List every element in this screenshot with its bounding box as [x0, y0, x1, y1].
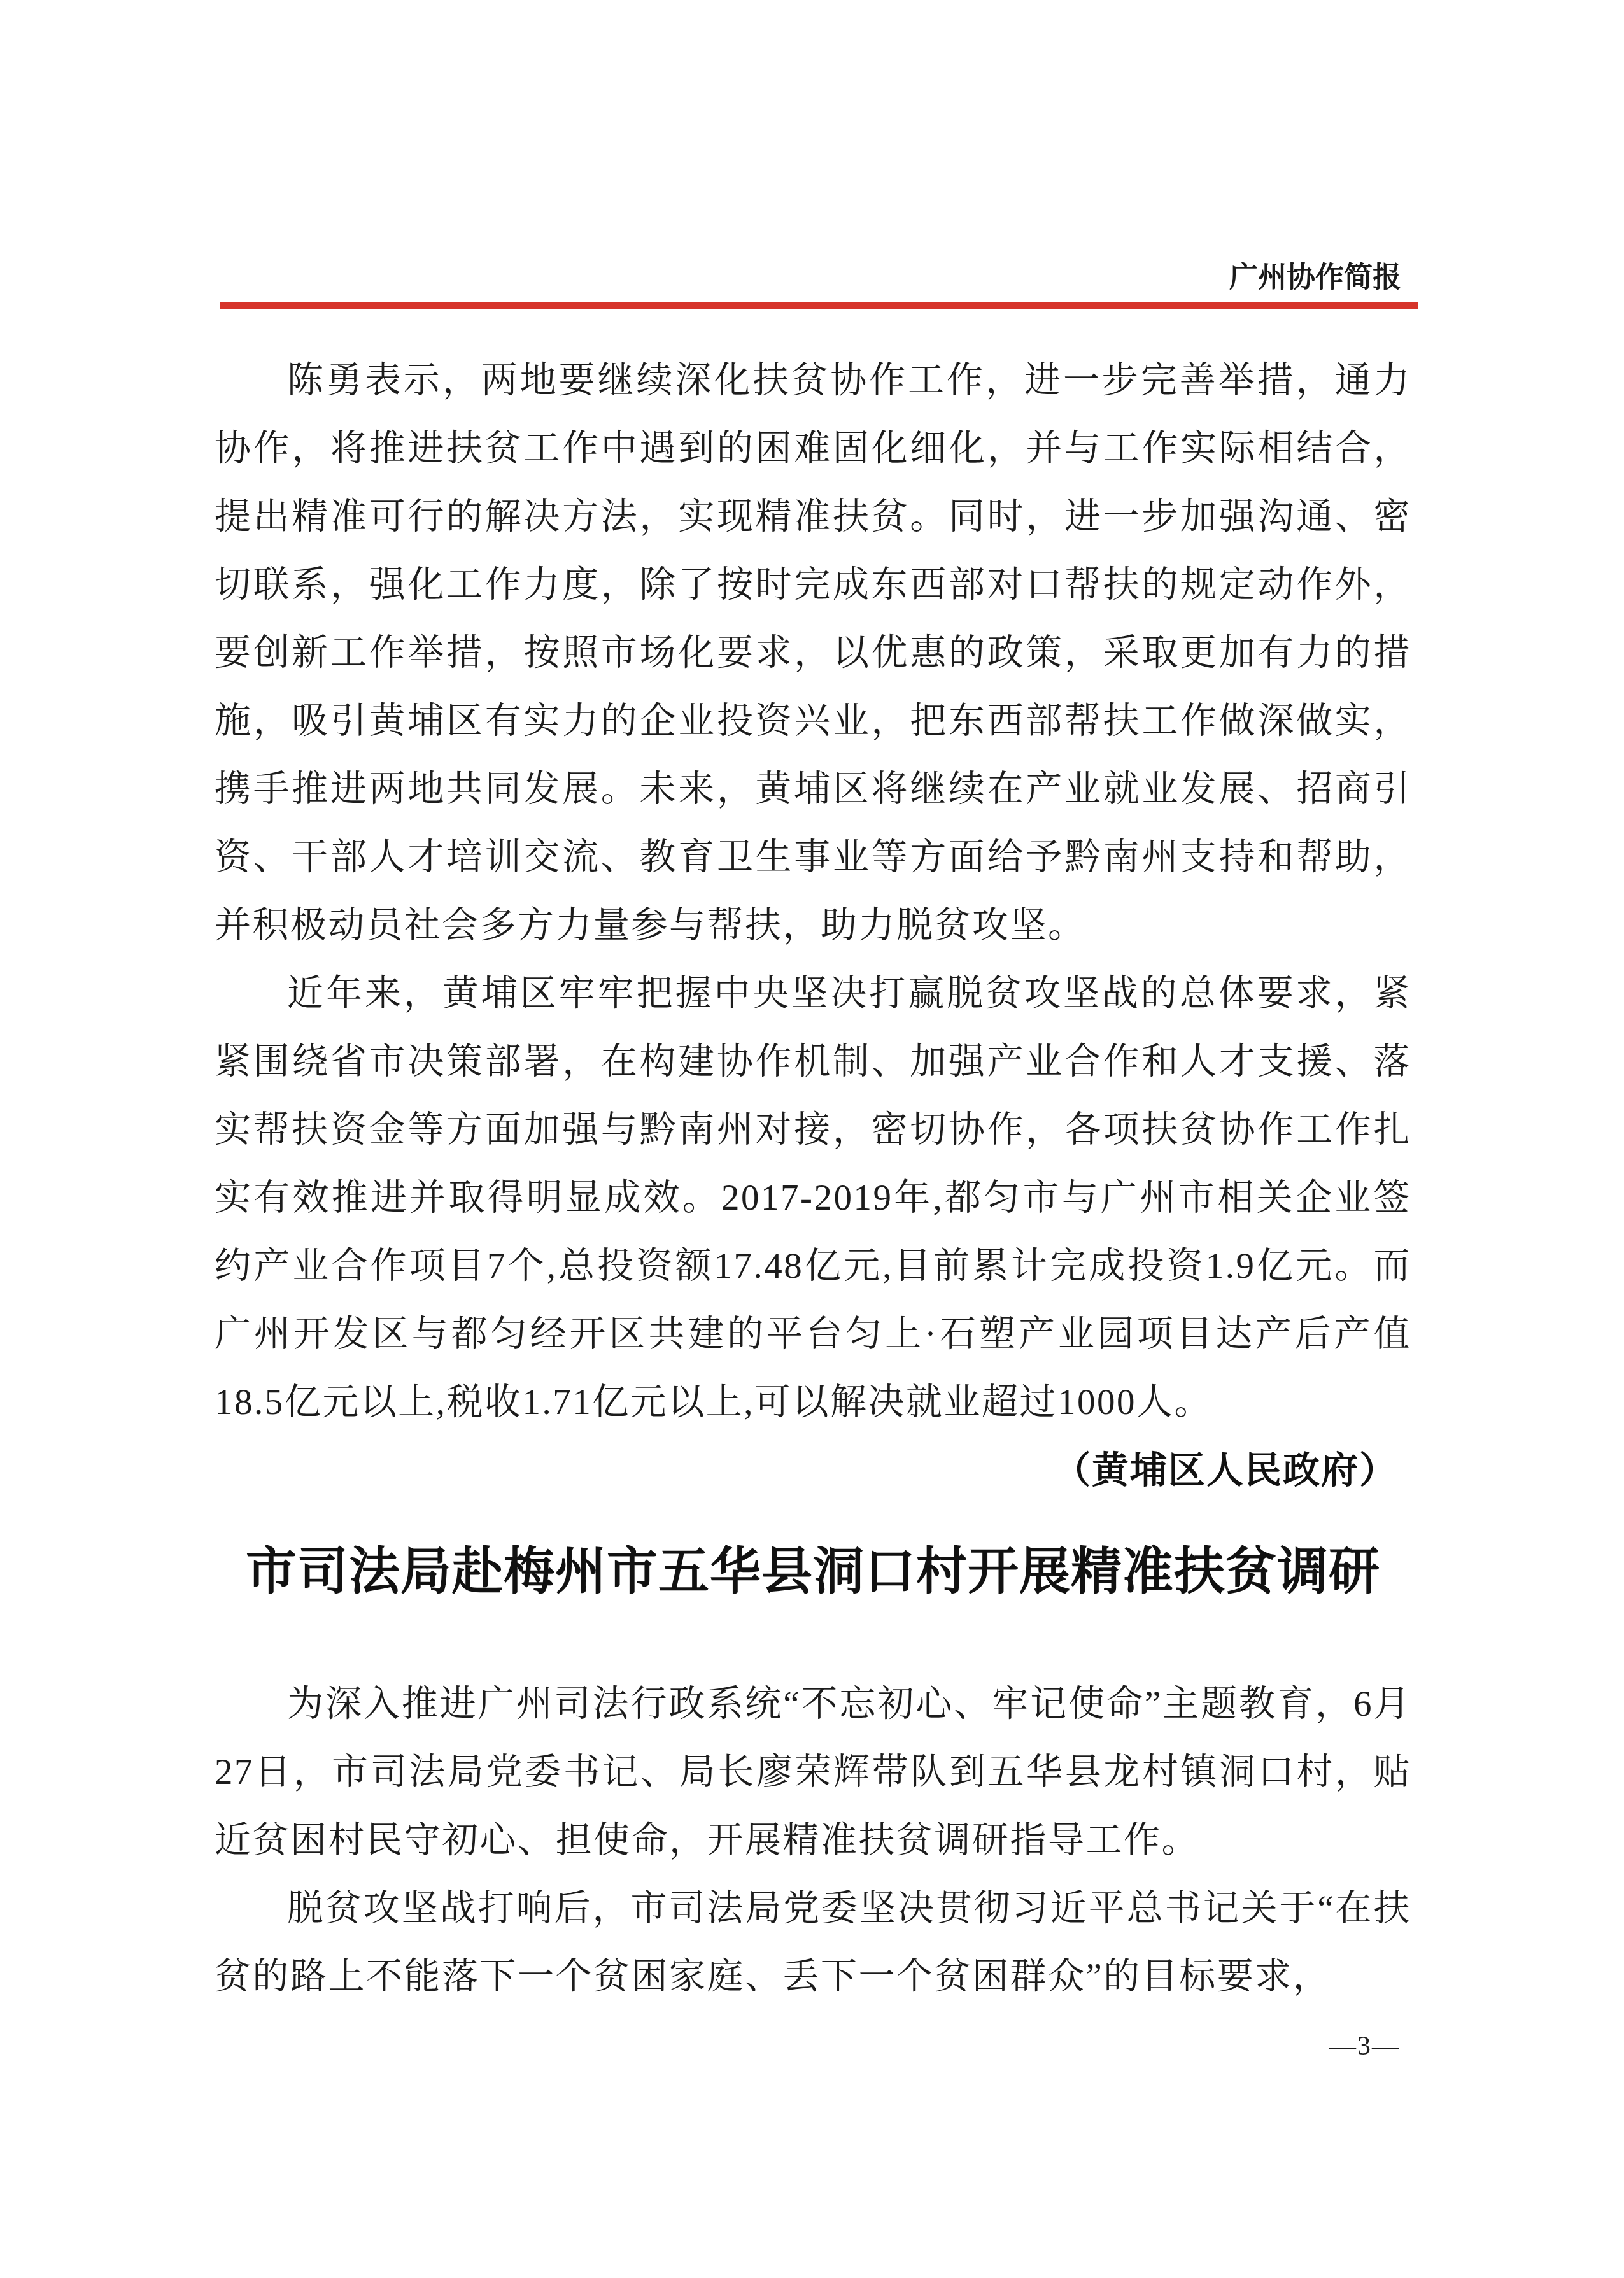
article-new-section: 市司法局赴梅州市五华县洞口村开展精准扶贫调研 为深入推进广州司法行政系统“不忘初… — [215, 1536, 1411, 2011]
bulletin-page: 广州协作简报 陈勇表示，两地要继续深化扶贫协作工作，进一步完善举措，通力协作，将… — [0, 0, 1624, 2278]
article-title: 市司法局赴梅州市五华县洞口村开展精准扶贫调研 — [215, 1536, 1411, 1608]
masthead-title: 广州协作简报 — [1229, 261, 1401, 294]
paragraph-1: 陈勇表示，两地要继续深化扶贫协作工作，进一步完善举措，通力协作，将推进扶贫工作中… — [215, 346, 1411, 959]
paragraph-4: 脱贫攻坚战打响后，市司法局党委坚决贯彻习近平总书记关于“在扶贫的路上不能落下一个… — [215, 1874, 1411, 2011]
page-content: 陈勇表示，两地要继续深化扶贫协作工作，进一步完善举措，通力协作，将推进扶贫工作中… — [215, 346, 1411, 2011]
paragraph-2: 近年来，黄埔区牢牢把握中央坚决打赢脱贫攻坚战的总体要求，紧紧围绕省市决策部署，在… — [215, 959, 1411, 1436]
paragraph-3: 为深入推进广州司法行政系统“不忘初心、牢记使命”主题教育，6月27日，市司法局党… — [215, 1670, 1411, 1874]
red-divider-line — [220, 302, 1418, 309]
article-attribution: （黄埔区人民政府） — [215, 1436, 1411, 1504]
article-continued-section: 陈勇表示，两地要继续深化扶贫协作工作，进一步完善举措，通力协作，将推进扶贫工作中… — [215, 346, 1411, 1504]
page-number: —3— — [1329, 2031, 1400, 2062]
